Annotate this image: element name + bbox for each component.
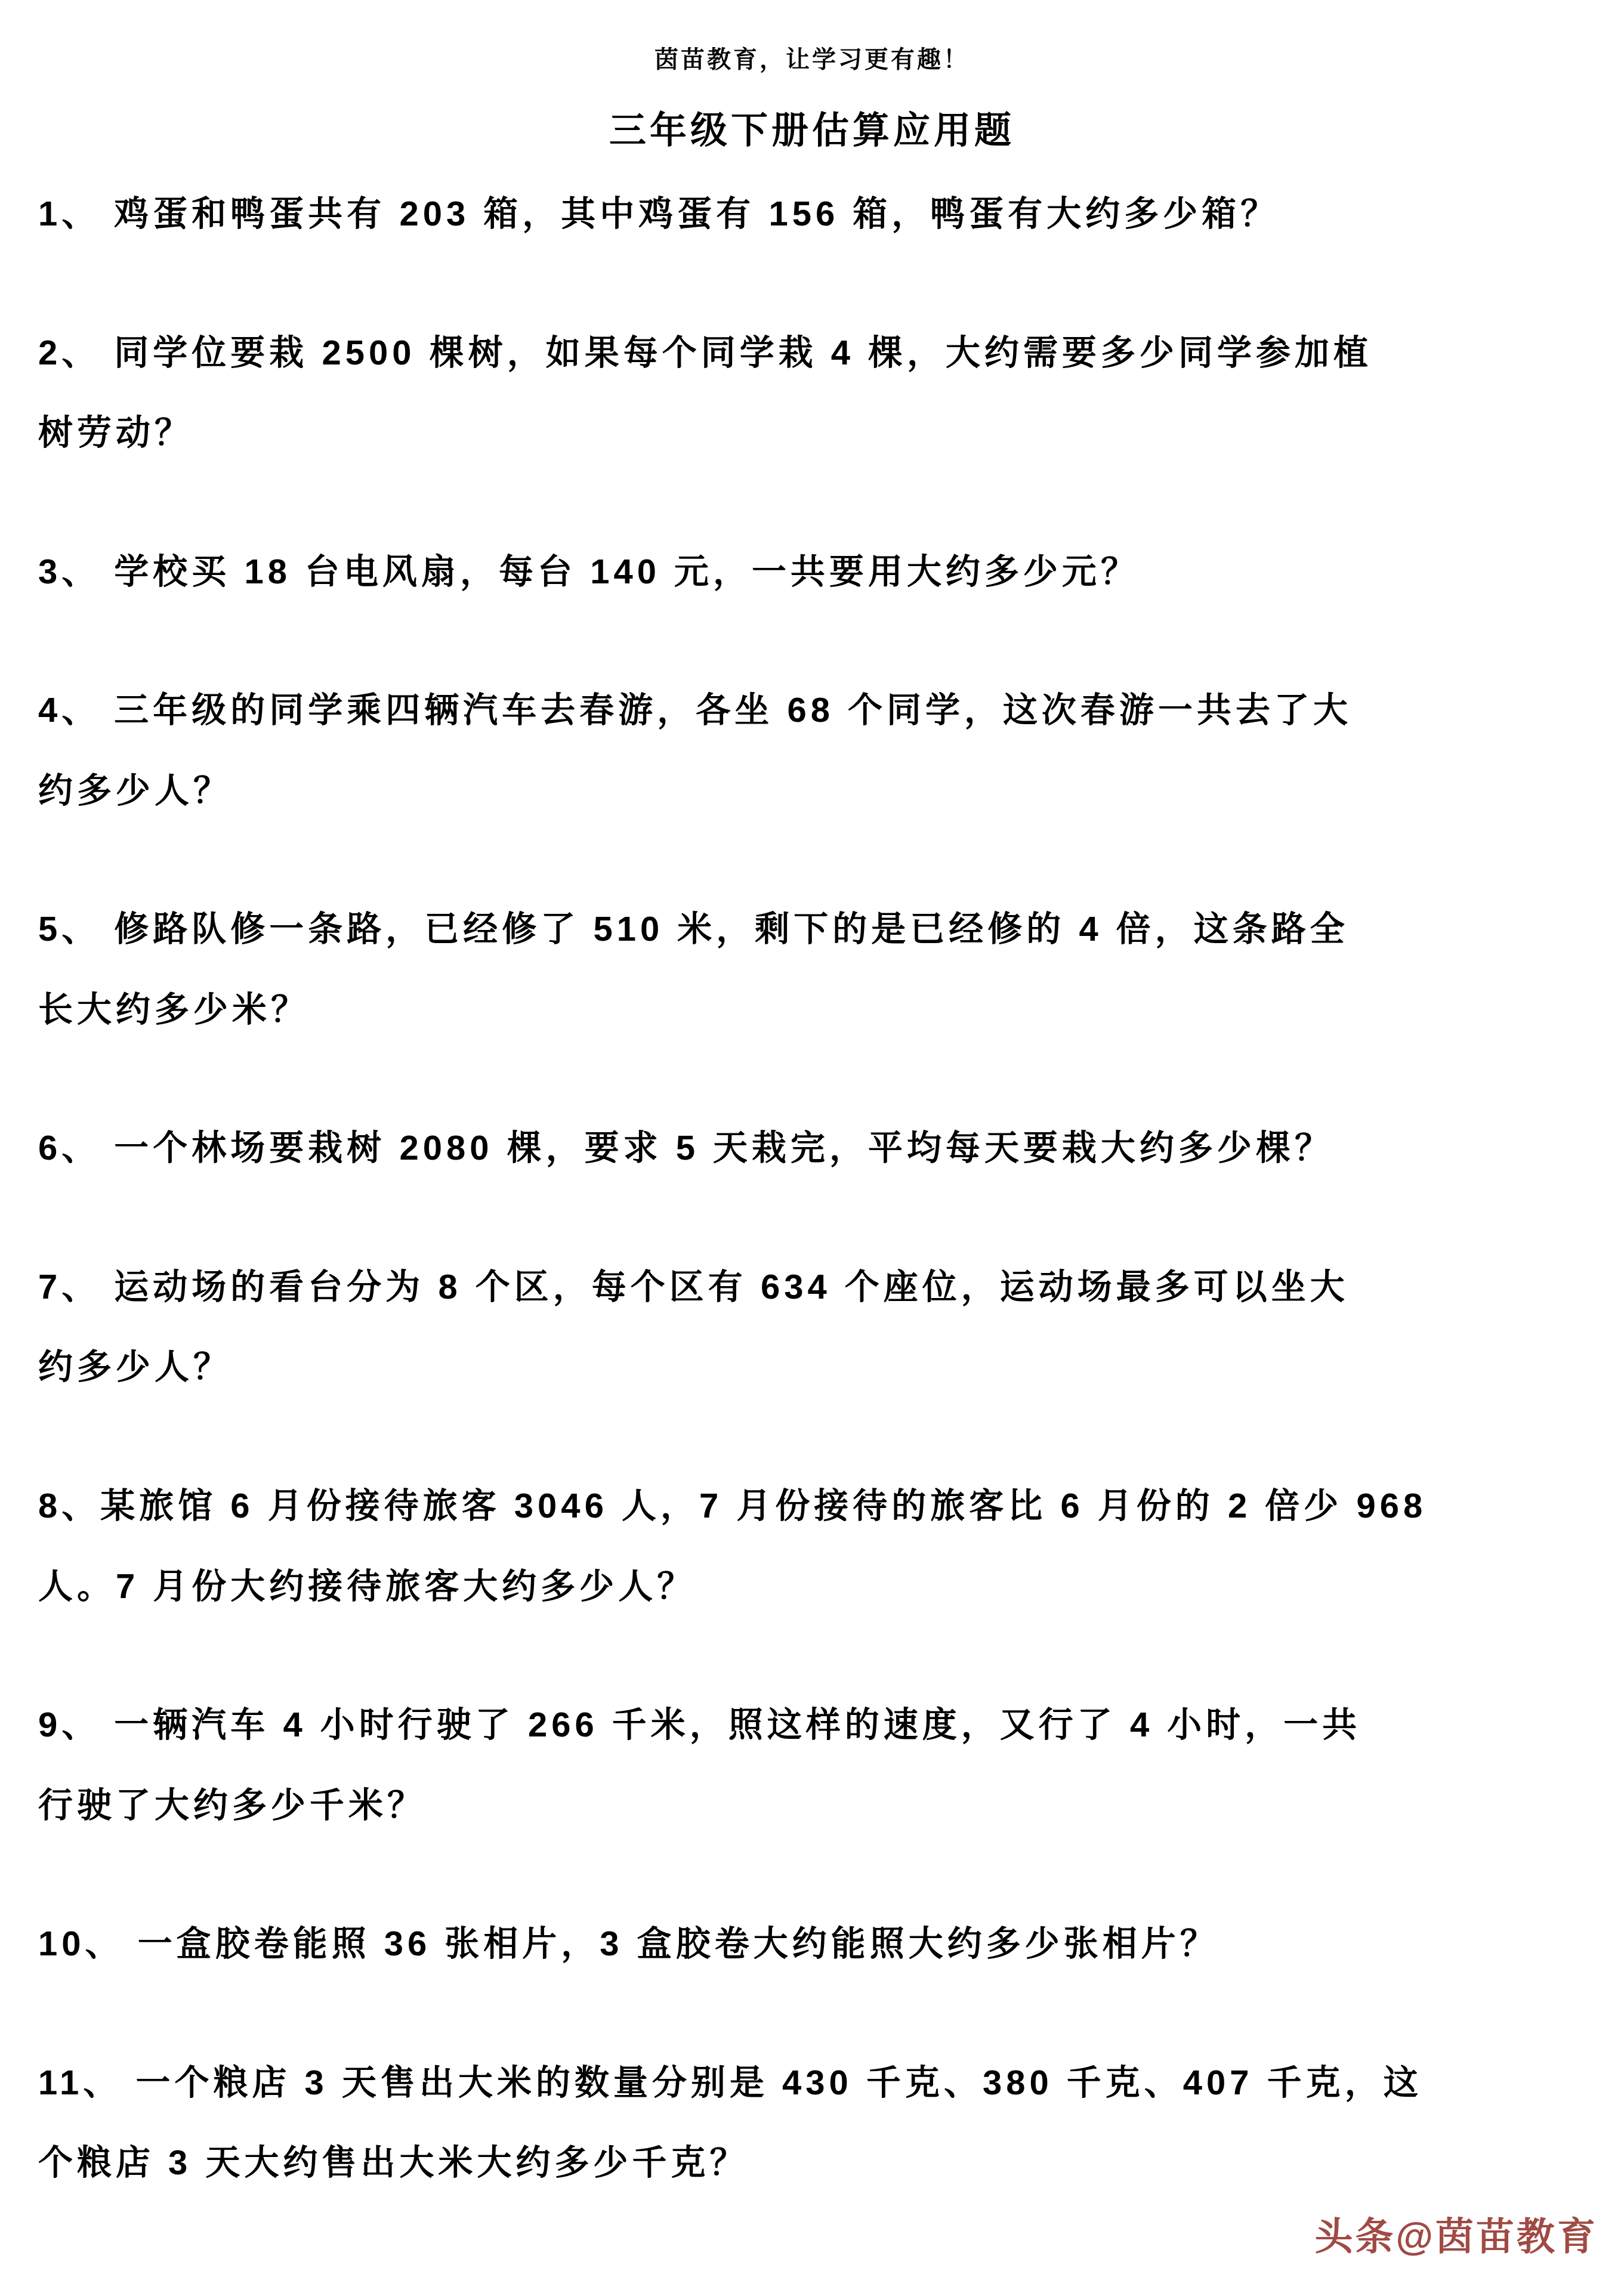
question-9: 9、 一辆汽车 4 小时行驶了 266 千米，照这样的速度，又行了 4 小时，一…: [38, 1685, 1586, 1846]
question-8: 8、某旅馆 6 月份接待旅客 3046 人，7 月份接待的旅客比 6 月份的 2…: [38, 1466, 1586, 1627]
question-6: 6、 一个林场要栽树 2080 棵，要求 5 天栽完，平均每天要栽大约多少棵？: [38, 1108, 1586, 1189]
worksheet-page: 茵苗教育，让学习更有趣！ 三年级下册估算应用题 1、 鸡蛋和鸭蛋共有 203 箱…: [0, 0, 1624, 2296]
question-list: 1、 鸡蛋和鸭蛋共有 203 箱，其中鸡蛋有 156 箱，鸭蛋有大约多少箱？ 2…: [38, 174, 1586, 2204]
question-10: 10、 一盒胶卷能照 36 张相片，3 盒胶卷大约能照大约多少张相片？: [38, 1904, 1586, 1985]
doc-header: 茵苗教育，让学习更有趣！: [38, 41, 1586, 75]
question-7: 7、 运动场的看台分为 8 个区，每个区有 634 个座位，运动场最多可以坐大 …: [38, 1247, 1586, 1408]
watermark-toutiao: 头条@茵苗教育: [1315, 2206, 1598, 2261]
question-3: 3、 学校买 18 台电风扇，每台 140 元，一共要用大约多少元？: [38, 532, 1586, 613]
page-title: 三年级下册估算应用题: [38, 101, 1586, 154]
question-11: 11、 一个粮店 3 天售出大米的数量分别是 430 千克、380 千克、407…: [38, 2043, 1586, 2204]
question-2: 2、 同学位要栽 2500 棵树，如果每个同学栽 4 棵，大约需要多少同学参加植…: [38, 313, 1586, 474]
question-5: 5、 修路队修一条路，已经修了 510 米，剩下的是已经修的 4 倍，这条路全 …: [38, 889, 1586, 1050]
question-1: 1、 鸡蛋和鸭蛋共有 203 箱，其中鸡蛋有 156 箱，鸭蛋有大约多少箱？: [38, 174, 1586, 255]
question-4: 4、 三年级的同学乘四辆汽车去春游，各坐 68 个同学，这次春游一共去了大 约多…: [38, 670, 1586, 831]
